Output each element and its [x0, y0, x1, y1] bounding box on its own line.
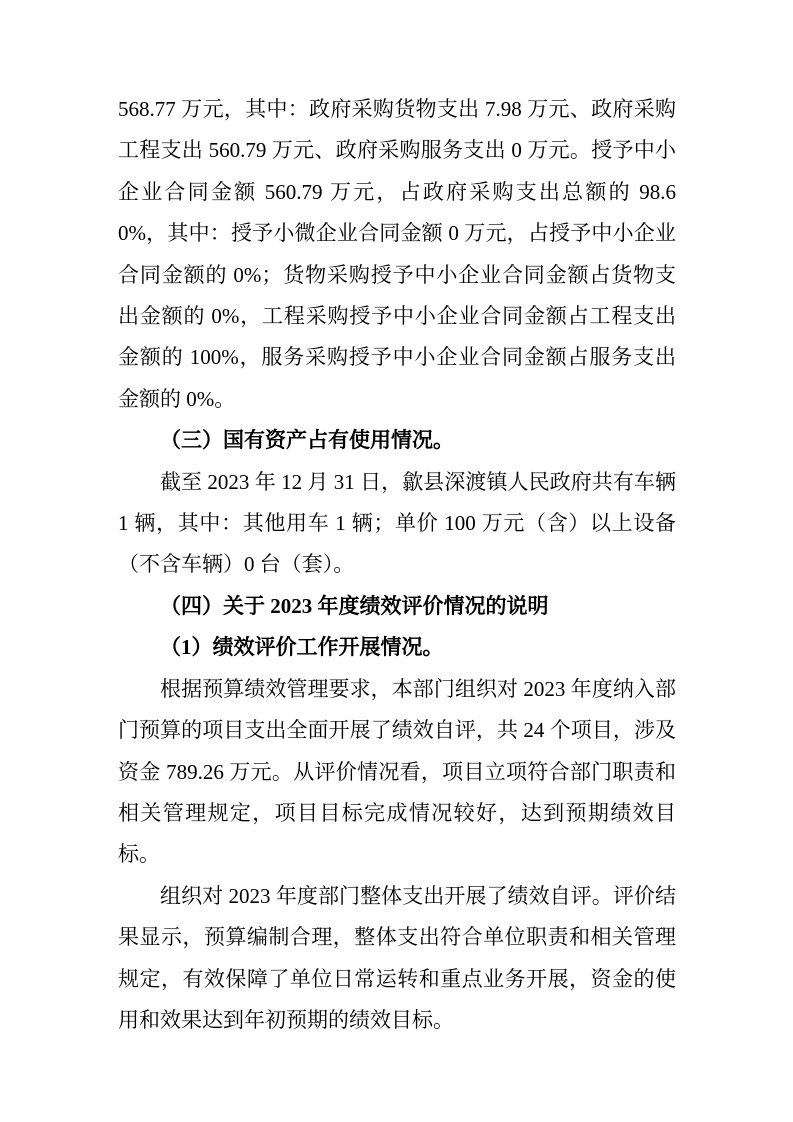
paragraph-overall-expenditure-evaluation: 组织对 2023 年度部门整体支出开展了绩效自评。评价结果显示，预算编制合理，整…	[118, 876, 676, 1042]
heading-section-3-state-assets: （三）国有资产占有使用情况。	[118, 420, 676, 461]
heading-section-4-performance-evaluation: （四）关于 2023 年度绩效评价情况的说明	[118, 586, 676, 627]
paragraph-procurement-detail: 568.77 万元，其中：政府采购货物支出 7.98 万元、政府采购工程支出 5…	[118, 89, 676, 420]
paragraph-state-assets-detail: 截至 2023 年 12 月 31 日，歙县深渡镇人民政府共有车辆 1 辆，其中…	[118, 462, 676, 586]
heading-subsection-1-evaluation-work: （1）绩效评价工作开展情况。	[118, 627, 676, 668]
paragraph-project-self-evaluation: 根据预算绩效管理要求，本部门组织对 2023 年度纳入部门预算的项目支出全面开展…	[118, 669, 676, 876]
document-page: 568.77 万元，其中：政府采购货物支出 7.98 万元、政府采购工程支出 5…	[0, 0, 793, 1122]
